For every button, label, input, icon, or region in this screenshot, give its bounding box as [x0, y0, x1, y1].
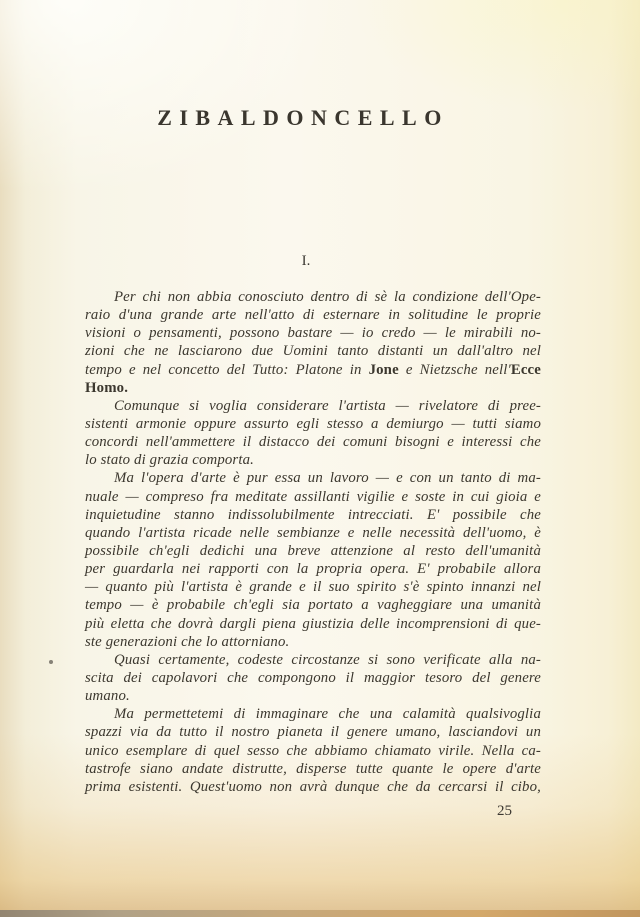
text-line: spazzi via da tutto il nostro pianeta il… [85, 723, 541, 741]
text-line: tempo e nel concetto del Tutto: Platone … [85, 361, 541, 379]
text-block: Per chi non abbia conosciuto dentro di s… [85, 288, 541, 796]
text-line: nuale — compreso fra meditate assillanti… [85, 488, 541, 506]
paragraph: Per chi non abbia conosciuto dentro di s… [85, 288, 541, 397]
text-line: unico esemplare di quel sesso che abbiam… [85, 742, 541, 760]
text-line: lo stato di grazia comporta. [85, 451, 541, 469]
roman-text: Ecce [511, 362, 541, 378]
text-line: possibile ch'egli dedichi una breve atte… [85, 542, 541, 560]
text-line: Ma permettetemi di immaginare che una ca… [85, 705, 541, 723]
paragraph: Ma l'opera d'arte è pur essa un lavoro —… [85, 469, 541, 650]
text-line: visioni o pensamenti, possono bastare — … [85, 324, 541, 342]
ink-speck [49, 660, 53, 664]
text-line: Quasi certamente, codeste circostanze si… [85, 651, 541, 669]
text-line: quando l'artista ricade nelle sembianze … [85, 524, 541, 542]
text-line: Homo. [85, 379, 541, 397]
page-number: 25 [85, 803, 512, 820]
text-line: ste generazioni che lo attorniano. [85, 633, 541, 651]
roman-text: Homo. [85, 380, 128, 396]
text-line: prima esistenti. Quest'uomo non avrà dun… [85, 778, 541, 796]
text-line: zioni che ne lasciarono due Uomini tanto… [85, 342, 541, 360]
text-line: Per chi non abbia conosciuto dentro di s… [85, 288, 541, 306]
bottom-edge-shadow [0, 910, 640, 917]
text-line: sistenti armonie oppure assurto egli ste… [85, 415, 541, 433]
text-line: scita dei capolavori che compongono il m… [85, 669, 541, 687]
paragraph: Comunque si voglia considerare l'artista… [85, 397, 541, 470]
text-line: inquietudine stanno indissolubilmente in… [85, 506, 541, 524]
text-line: — quanto più l'artista è grande e il suo… [85, 578, 541, 596]
scanned-book-page: ZIBALDONCELLO I. Per chi non abbia conos… [0, 0, 640, 917]
paragraph: Ma permettetemi di immaginare che una ca… [85, 705, 541, 796]
text-line: umano. [85, 687, 541, 705]
text-line: tastrofe siano andate distrutte, dispers… [85, 760, 541, 778]
text-line: per guardarla nei rapporti con la propri… [85, 560, 541, 578]
paragraph: Quasi certamente, codeste circostanze si… [85, 651, 541, 705]
text-line: raio d'una grande arte nell'atto di este… [85, 306, 541, 324]
section-numeral: I. [0, 253, 612, 270]
text-line: Ma l'opera d'arte è pur essa un lavoro —… [85, 469, 541, 487]
text-line: Comunque si voglia considerare l'artista… [85, 397, 541, 415]
text-line: concordi nell'ammettere il distacco dei … [85, 433, 541, 451]
roman-text: Jone [369, 362, 399, 378]
text-line: più eletta che dovrà dargli piena giusti… [85, 615, 541, 633]
text-line: tempo — è probabile ch'egli sia portato … [85, 596, 541, 614]
page-title: ZIBALDONCELLO [0, 105, 606, 131]
